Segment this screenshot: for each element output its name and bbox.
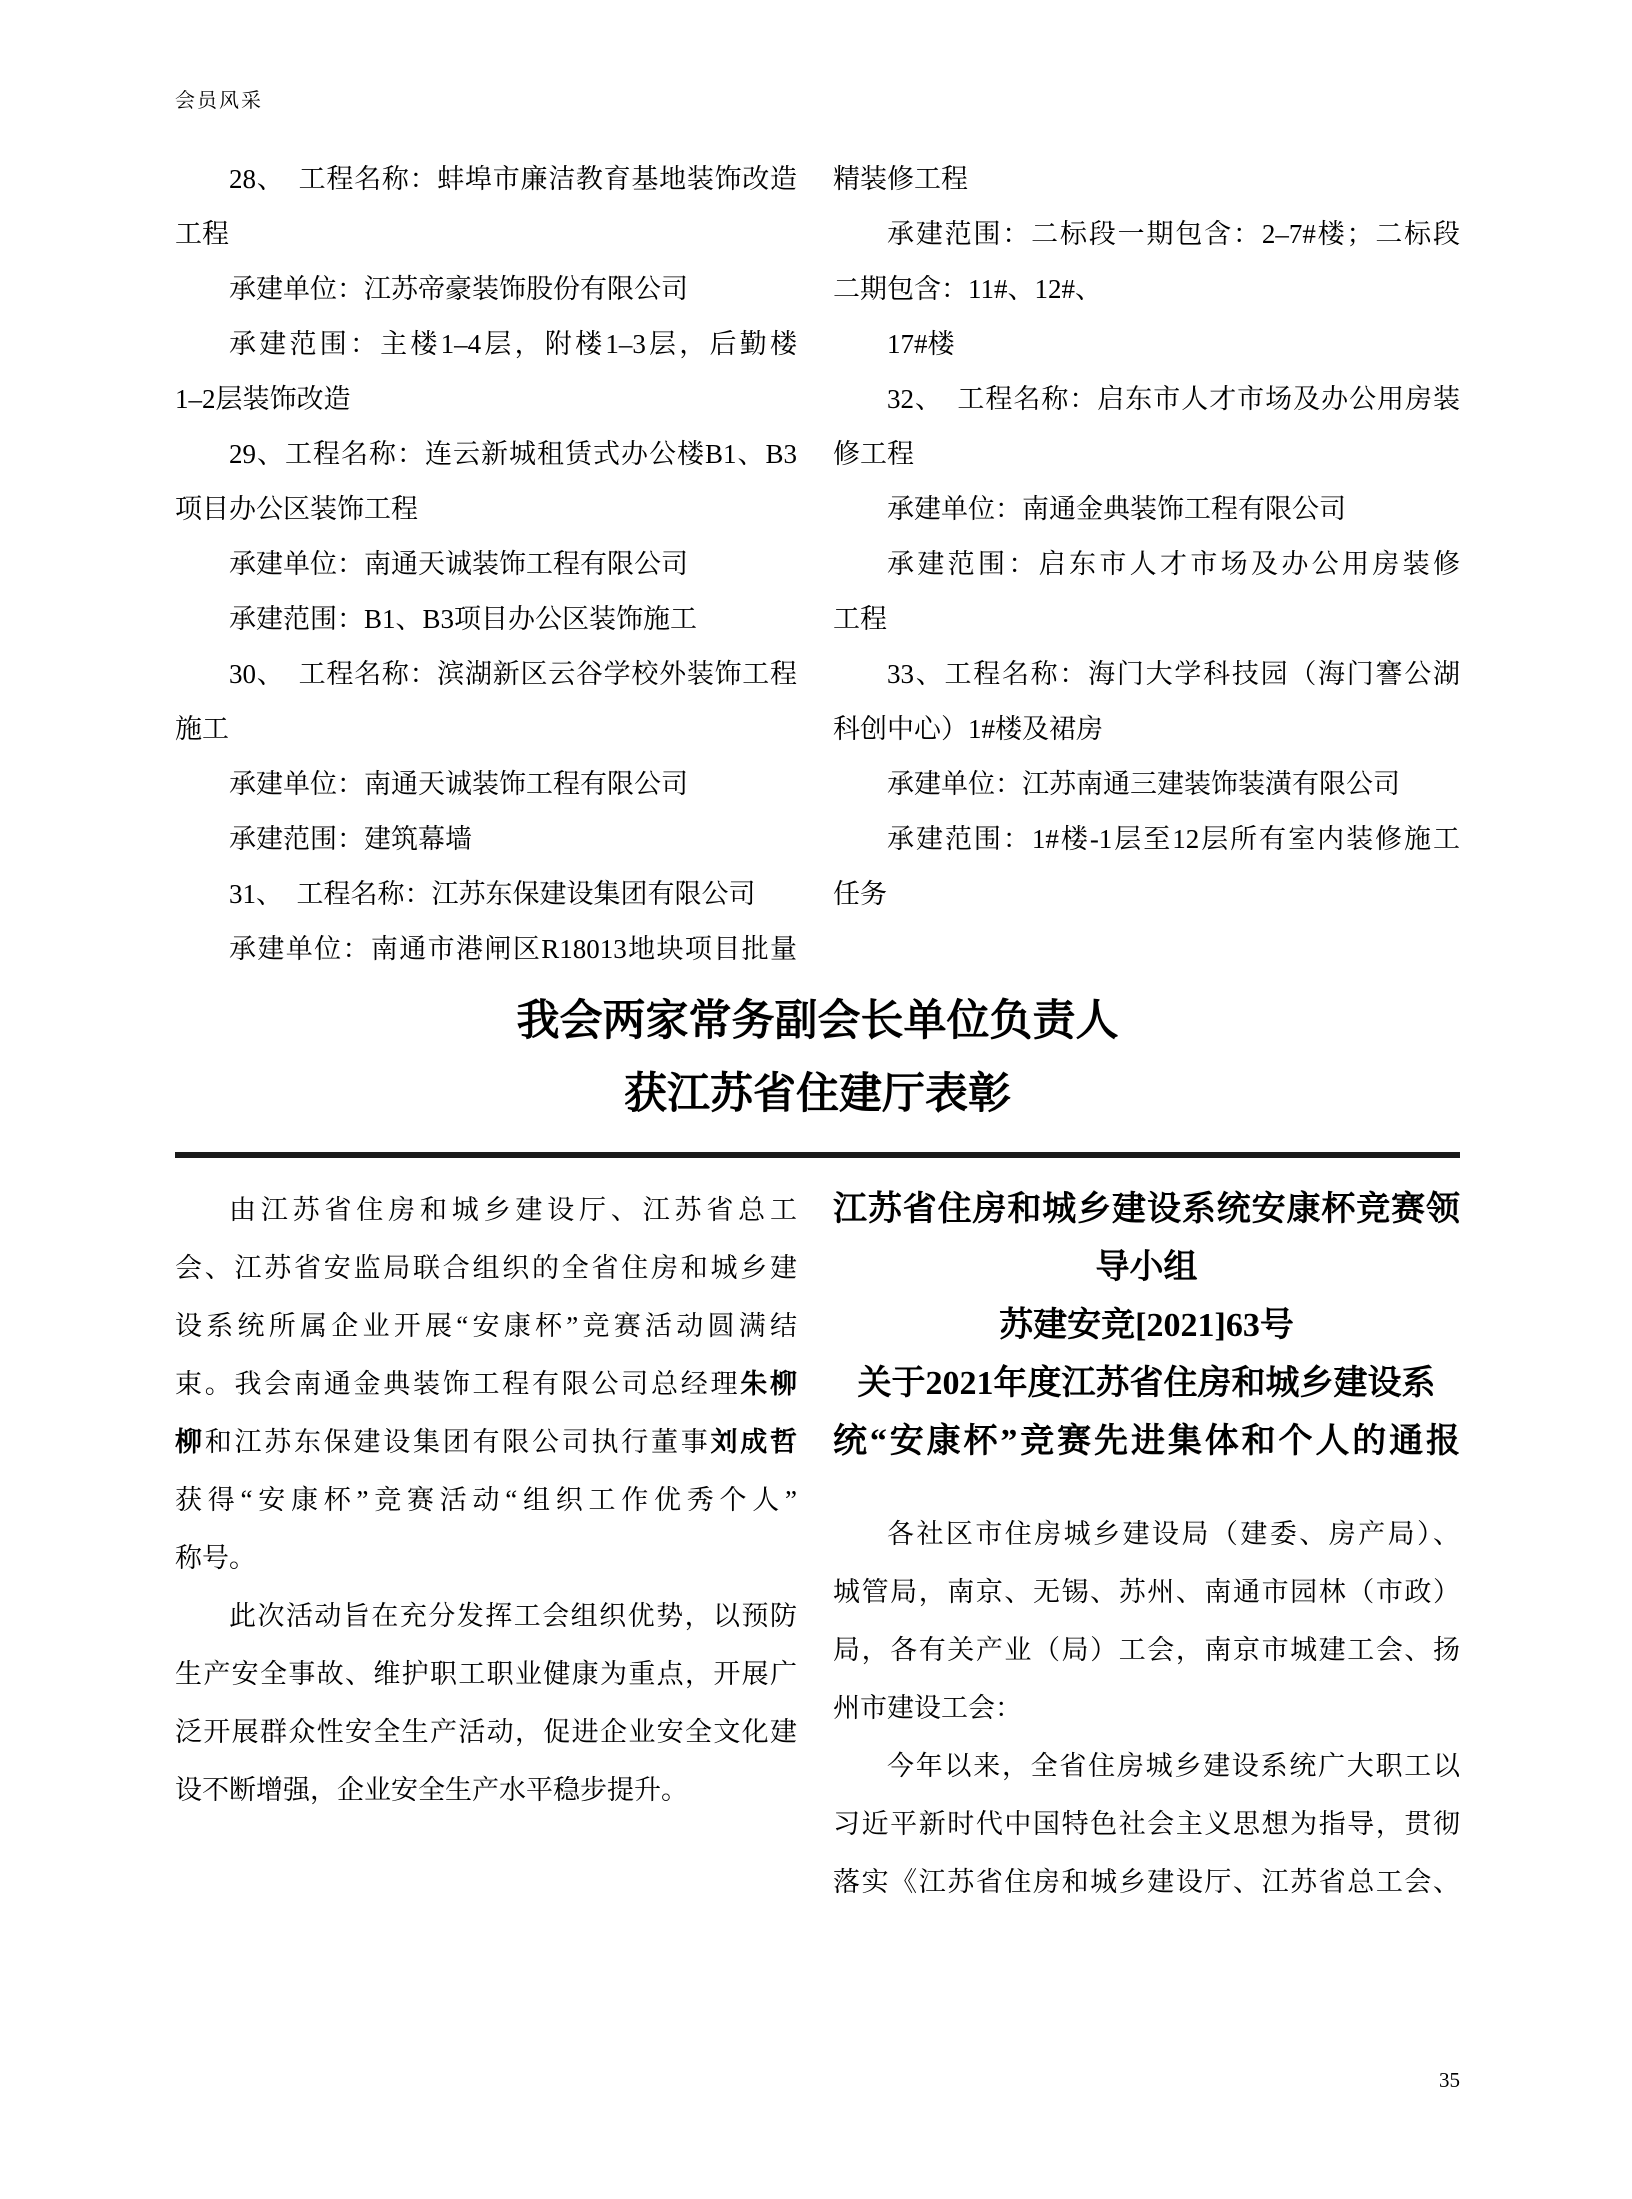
article-left-column: 由江苏省住房和城乡建设厅、江苏省总工会、江苏省安监局联合组织的全省住房和城乡建设… <box>175 1181 797 1911</box>
text-run: 统“安康杯”竞赛先进集体和个人的通报 <box>833 1423 1460 1460</box>
text-run: 承建范围：二标段一期包含：2–7#楼；二标段 <box>887 219 1460 249</box>
text-run: 28、 工程名称：蚌埠市廉洁教育基地装饰改造 <box>229 164 797 194</box>
text-run: 32、 工程名称：启东市人才市场及办公用房装 <box>887 384 1460 414</box>
text-run: 精装修工程 <box>833 164 968 194</box>
text-run: 承建范围：启东市人才市场及办公用房装修 <box>887 549 1460 579</box>
text-run: 二期包含：11#、12#、 <box>833 274 1102 304</box>
text-run: 承建单位：南通天诚装饰工程有限公司 <box>229 549 688 579</box>
text-line: 承建单位：南通天诚装饰工程有限公司 <box>175 757 797 812</box>
text-run: 会、江苏省安监局联合组织的全省住房和城乡建 <box>175 1253 797 1283</box>
text-run: 习近平新时代中国特色社会主义思想为指导，贯彻 <box>833 1809 1460 1839</box>
text-run: 1–2层装饰改造 <box>175 384 351 414</box>
text-line: 局，各有关产业（局）工会，南京市城建工会、扬 <box>833 1621 1460 1679</box>
text-run: 承建单位：江苏帝豪装饰股份有限公司 <box>229 274 688 304</box>
text-line: 29、工程名称：连云新城租赁式办公楼B1、B3 <box>175 427 797 482</box>
title-divider-rule <box>175 1152 1460 1158</box>
text-run: 导小组 <box>1096 1249 1198 1286</box>
text-line: 修工程 <box>833 427 1460 482</box>
project-list-right-column: 精装修工程承建范围：二标段一期包含：2–7#楼；二标段二期包含：11#、12#、… <box>833 152 1460 977</box>
notice-heading-block: 江苏省住房和城乡建设系统安康杯竞赛领导小组苏建安竞[2021]63号关于2021… <box>833 1181 1460 1471</box>
text-line: 统“安康杯”竞赛先进集体和个人的通报 <box>833 1413 1460 1471</box>
text-run: 修工程 <box>833 439 914 469</box>
text-run: 城管局，南京、无锡、苏州、南通市园林（市政） <box>833 1577 1460 1607</box>
text-line: 17#楼 <box>833 317 1460 372</box>
magazine-page: 会员风采 28、 工程名称：蚌埠市廉洁教育基地装饰改造工程承建单位：江苏帝豪装饰… <box>0 0 1632 2199</box>
text-run: 工程 <box>833 604 887 634</box>
text-run: 和江苏东保建设集团有限公司执行董事 <box>205 1427 711 1457</box>
text-line: 束。我会南通金典装饰工程有限公司总经理朱柳 <box>175 1355 797 1413</box>
text-line: 城管局，南京、无锡、苏州、南通市园林（市政） <box>833 1563 1460 1621</box>
text-line: 承建范围：B1、B3项目办公区装饰施工 <box>175 592 797 647</box>
project-list-section: 28、 工程名称：蚌埠市廉洁教育基地装饰改造工程承建单位：江苏帝豪装饰股份有限公… <box>175 152 1460 977</box>
text-run: 获得“安康杯”竞赛活动“组织工作优秀个人” <box>175 1485 797 1515</box>
text-run: 31、 工程名称：江苏东保建设集团有限公司 <box>229 879 756 909</box>
article-body-section: 由江苏省住房和城乡建设厅、江苏省总工会、江苏省安监局联合组织的全省住房和城乡建设… <box>175 1181 1460 1911</box>
text-run: 17#楼 <box>887 329 955 359</box>
text-run: 科创中心）1#楼及裙房 <box>833 714 1103 744</box>
text-line: 承建范围：建筑幕墙 <box>175 812 797 867</box>
text-run: 此次活动旨在充分发挥工会组织优势，以预防 <box>229 1601 797 1631</box>
text-line: 工程 <box>833 592 1460 647</box>
text-run: 各社区市住房城乡建设局（建委、房产局）、 <box>887 1519 1460 1549</box>
text-line: 柳和江苏东保建设集团有限公司执行董事刘成哲 <box>175 1413 797 1471</box>
text-line: 关于2021年度江苏省住房和城乡建设系 <box>833 1355 1460 1413</box>
person-name: 刘成哲 <box>711 1427 798 1457</box>
text-line: 生产安全事故、维护职工职业健康为重点，开展广 <box>175 1645 797 1703</box>
text-run: 承建单位：江苏南通三建装饰装潢有限公司 <box>887 769 1400 799</box>
text-run: 束。我会南通金典装饰工程有限公司总经理 <box>175 1369 740 1399</box>
text-run: 33、工程名称：海门大学科技园（海门謇公湖 <box>887 659 1460 689</box>
text-run: 承建范围：B1、B3项目办公区装饰施工 <box>229 604 697 634</box>
project-list-left-column: 28、 工程名称：蚌埠市廉洁教育基地装饰改造工程承建单位：江苏帝豪装饰股份有限公… <box>175 152 797 977</box>
person-name: 柳 <box>175 1427 205 1457</box>
text-run: 由江苏省住房和城乡建设厅、江苏省总工 <box>229 1195 797 1225</box>
section-header: 会员风采 <box>175 84 263 113</box>
text-line: 获得“安康杯”竞赛活动“组织工作优秀个人” <box>175 1471 797 1529</box>
article-title: 我会两家常务副会长单位负责人 获江苏省住建厅表彰 <box>175 985 1460 1131</box>
text-line: 30、 工程名称：滨湖新区云谷学校外装饰工程 <box>175 647 797 702</box>
text-line: 称号。 <box>175 1529 797 1587</box>
text-line: 承建范围：1#楼-1层至12层所有室内装修施工 <box>833 812 1460 867</box>
text-run: 承建范围：建筑幕墙 <box>229 824 472 854</box>
text-run: 江苏省住房和城乡建设系统安康杯竞赛领 <box>833 1191 1460 1228</box>
text-run: 30、 工程名称：滨湖新区云谷学校外装饰工程 <box>229 659 797 689</box>
text-line: 导小组 <box>833 1239 1460 1297</box>
text-run: 承建范围：主楼1–4层，附楼1–3层，后勤楼 <box>229 329 797 359</box>
text-line: 此次活动旨在充分发挥工会组织优势，以预防 <box>175 1587 797 1645</box>
text-run: 称号。 <box>175 1543 256 1573</box>
text-run: 设不断增强，企业安全生产水平稳步提升。 <box>175 1775 688 1805</box>
text-line: 科创中心）1#楼及裙房 <box>833 702 1460 757</box>
text-line: 1–2层装饰改造 <box>175 372 797 427</box>
text-line: 31、 工程名称：江苏东保建设集团有限公司 <box>175 867 797 922</box>
text-line: 任务 <box>833 867 1460 922</box>
text-run: 关于2021年度江苏省住房和城乡建设系 <box>858 1365 1436 1402</box>
text-run: 州市建设工会： <box>833 1693 1022 1723</box>
text-line: 承建单位：江苏南通三建装饰装潢有限公司 <box>833 757 1460 812</box>
text-line: 各社区市住房城乡建设局（建委、房产局）、 <box>833 1505 1460 1563</box>
text-line: 项目办公区装饰工程 <box>175 482 797 537</box>
text-run: 落实《江苏省住房和城乡建设厅、江苏省总工会、 <box>833 1867 1460 1897</box>
text-run: 苏建安竞[2021]63号 <box>999 1307 1294 1344</box>
text-line: 承建单位：南通市港闸区R18013地块项目批量 <box>175 922 797 977</box>
text-run: 承建单位：南通金典装饰工程有限公司 <box>887 494 1346 524</box>
text-line: 江苏省住房和城乡建设系统安康杯竞赛领 <box>833 1181 1460 1239</box>
text-run: 任务 <box>833 879 887 909</box>
text-run: 生产安全事故、维护职工职业健康为重点，开展广 <box>175 1659 797 1689</box>
text-run: 局，各有关产业（局）工会，南京市城建工会、扬 <box>833 1635 1460 1665</box>
text-run: 承建单位：南通天诚装饰工程有限公司 <box>229 769 688 799</box>
text-line: 苏建安竞[2021]63号 <box>833 1297 1460 1355</box>
text-run: 泛开展群众性安全生产活动，促进企业安全文化建 <box>175 1717 797 1747</box>
person-name: 朱柳 <box>740 1369 797 1399</box>
text-line: 二期包含：11#、12#、 <box>833 262 1460 317</box>
text-line: 33、工程名称：海门大学科技园（海门謇公湖 <box>833 647 1460 702</box>
text-run: 承建范围：1#楼-1层至12层所有室内装修施工 <box>887 824 1460 854</box>
text-line: 工程 <box>175 207 797 262</box>
notice-body-block: 各社区市住房城乡建设局（建委、房产局）、城管局，南京、无锡、苏州、南通市园林（市… <box>833 1505 1460 1911</box>
article-right-column: 江苏省住房和城乡建设系统安康杯竞赛领导小组苏建安竞[2021]63号关于2021… <box>833 1181 1460 1911</box>
text-line: 承建单位：南通金典装饰工程有限公司 <box>833 482 1460 537</box>
text-run: 工程 <box>175 219 229 249</box>
text-line: 精装修工程 <box>833 152 1460 207</box>
text-run: 施工 <box>175 714 229 744</box>
page-number: 35 <box>1439 2068 1460 2093</box>
text-line: 28、 工程名称：蚌埠市廉洁教育基地装饰改造 <box>175 152 797 207</box>
text-run: 今年以来，全省住房城乡建设系统广大职工以 <box>887 1751 1460 1781</box>
text-line: 今年以来，全省住房城乡建设系统广大职工以 <box>833 1737 1460 1795</box>
text-line: 施工 <box>175 702 797 757</box>
text-run: 29、工程名称：连云新城租赁式办公楼B1、B3 <box>229 439 797 469</box>
text-line: 承建范围：主楼1–4层，附楼1–3层，后勤楼 <box>175 317 797 372</box>
article-title-line1: 我会两家常务副会长单位负责人 <box>175 985 1460 1058</box>
text-run: 项目办公区装饰工程 <box>175 494 418 524</box>
text-line: 会、江苏省安监局联合组织的全省住房和城乡建 <box>175 1239 797 1297</box>
article-title-line2: 获江苏省住建厅表彰 <box>175 1058 1460 1131</box>
text-line: 设系统所属企业开展“安康杯”竞赛活动圆满结 <box>175 1297 797 1355</box>
text-line: 泛开展群众性安全生产活动，促进企业安全文化建 <box>175 1703 797 1761</box>
text-line: 习近平新时代中国特色社会主义思想为指导，贯彻 <box>833 1795 1460 1853</box>
text-line: 承建范围：二标段一期包含：2–7#楼；二标段 <box>833 207 1460 262</box>
text-line: 承建单位：江苏帝豪装饰股份有限公司 <box>175 262 797 317</box>
text-line: 州市建设工会： <box>833 1679 1460 1737</box>
text-line: 设不断增强，企业安全生产水平稳步提升。 <box>175 1761 797 1819</box>
text-run: 承建单位：南通市港闸区R18013地块项目批量 <box>229 934 797 964</box>
text-line: 承建单位：南通天诚装饰工程有限公司 <box>175 537 797 592</box>
text-line: 32、 工程名称：启东市人才市场及办公用房装 <box>833 372 1460 427</box>
text-run: 设系统所属企业开展“安康杯”竞赛活动圆满结 <box>175 1311 797 1341</box>
text-line: 由江苏省住房和城乡建设厅、江苏省总工 <box>175 1181 797 1239</box>
text-line: 落实《江苏省住房和城乡建设厅、江苏省总工会、 <box>833 1853 1460 1911</box>
text-line: 承建范围：启东市人才市场及办公用房装修 <box>833 537 1460 592</box>
